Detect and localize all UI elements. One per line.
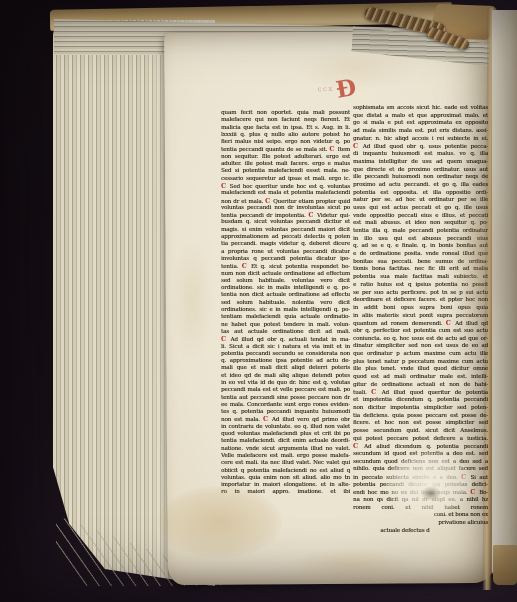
text-line: potentia peccandi secundu se considerata…: [221, 351, 350, 358]
text-line: maxima intelligitur de usu ad quem unaqu…: [353, 159, 488, 167]
text-line: cessario sequeretur ad ipsas et mali. er…: [221, 176, 350, 183]
text-line: tia peccandi. magis videtur q. deberet d…: [221, 241, 350, 248]
text-line: cere est mali. ita nec illud valet. Nec …: [221, 460, 350, 467]
text-line: posse secundum quid. sicut dicit Anselmu…: [353, 428, 488, 436]
paragraph-mark-icon: C: [353, 143, 358, 150]
text-line: sophismata sm accois sicut hic. eade est…: [353, 105, 488, 113]
folio-faded-text: ccx: [317, 85, 334, 94]
text-line: approximationem ad peccati delectis q po…: [221, 234, 350, 241]
text-line: est mali abusus. et ideo non sequitur q.…: [353, 220, 488, 228]
text-line: que directe et de proximo ordinatur. usu…: [353, 167, 488, 175]
text-line: quantum ad ronem demerendi. C Ad illud q…: [353, 320, 488, 328]
text-line: fieri malus nisi seipo. ergo non videtur…: [221, 139, 350, 146]
text-line: et impotentia dicendum q. potentia pecca…: [353, 397, 488, 405]
text-line: gitur de ordinatione actuali et non de h…: [353, 382, 488, 390]
text-line: que distat a malo et que approximat malo…: [353, 113, 488, 121]
text-line: tentia non dicit actuale ordinatione ad …: [221, 292, 350, 299]
text-line: ro in maiori appro. imatione. et ibi: [221, 489, 350, 496]
text-line: secundum quod deficiens non est a deo se…: [353, 459, 488, 467]
text-line: bonitas sua peccati. bene sumus de ordin…: [353, 259, 488, 267]
folio-rubric-icon: Ɖ: [334, 75, 358, 101]
paragraph-mark-icon: C: [470, 489, 475, 496]
facing-page-tail-edge: [493, 545, 517, 585]
text-line: di inquantu huiusmodi est malus. vo q. i…: [353, 151, 488, 159]
text-line: gnatur. n. hic aliqd accois i rei subiec…: [353, 136, 488, 144]
text-line: usus qui est actus peccati et go q. ille…: [353, 205, 488, 213]
text-line: in illo usu qui est abusus peccandi eius: [353, 236, 488, 244]
text-line: malefacere qui non faciunt neqs fierent.…: [221, 117, 350, 124]
text-line: tentia peccandi quantu de se mala sit. C…: [221, 146, 350, 153]
paragraph-mark-icon: C: [446, 320, 451, 327]
text-line: C Sed hoc queritur unde hoc est q. volun…: [221, 183, 350, 190]
text-line: q. approximatione ipsa potentie ad actu …: [221, 358, 350, 365]
text-line: Sed si potentia malefaciendi esset mala.…: [221, 168, 350, 175]
text-line: quod est ad mali ordinatur male est. int…: [353, 374, 488, 382]
text-line: potentia est opposita. et illa oppositio…: [353, 190, 488, 198]
text-line: ronem coni. et nihil habet ronem: [353, 505, 488, 513]
text-line: nihilo. quia deficere non est aliquid fa…: [353, 466, 488, 474]
text-line: potentia peccandi dicatur ipa potestas d…: [353, 482, 488, 490]
text-line: coni. et bona non ex: [353, 512, 488, 520]
text-line: a propria rone ut voluntas peccandi dica…: [221, 249, 350, 256]
text-line: e de ordinatione posita. vnde roneal ill…: [353, 251, 488, 259]
text-line: privatione alicuius: [353, 520, 488, 528]
text-line: tentiam malefaciendi quia actuale ordina…: [221, 314, 350, 321]
text-line: e ratio huius est q ipsius potentia no p…: [353, 282, 488, 290]
text-line: quam fecit non oportet. quia mali possun…: [221, 110, 350, 117]
text-line: natur per se. ad hoc ut ordinatur per se…: [353, 197, 488, 205]
text-line: malefaciendi est mala et potentia malefa…: [221, 190, 350, 197]
paragraph-mark-icon: C: [263, 416, 268, 423]
text-line: tia deficiens. quia posse peccare est po…: [353, 413, 488, 421]
text-line: q. ad se e q. e finale. q. in bonis boni…: [353, 243, 488, 251]
text-line: sed solum habituale. nolentia vero dicit…: [221, 300, 350, 307]
text-line: non dicitur impotentia simpliciter sed p…: [353, 405, 488, 413]
text-line: ille plus tenet. vnde illud quod dicitur…: [353, 366, 488, 374]
text-line: sed solum habituale. voluntas vero dicit…: [221, 278, 350, 285]
text-line: li. Sicut a dicit sic i natura et via im…: [221, 344, 350, 351]
text-line: tentia. C Et q. sicut potentia respondet…: [221, 263, 350, 270]
text-line: tentia aut peccandi sine posse peccare n…: [221, 395, 350, 402]
text-line: C Ad illud quod obr q. usus potentie pec…: [353, 143, 488, 151]
text-line: ne habet que potest tendere in mali. vol…: [221, 322, 350, 329]
text-line: deordinare et deficere facere. et ppter …: [353, 297, 488, 305]
text-line: num non dicit actuale ordinatione ad eff…: [221, 271, 350, 278]
text-line: non dr et mala. C Queritur etiam propter…: [221, 198, 350, 205]
text-line: involuntas q peccandi potentia dicatur i…: [221, 256, 350, 263]
text-column-left: quam fecit non oportet. quia mali possun…: [221, 110, 350, 504]
text-line: tuali. C Ad illud quod queritur de poten…: [353, 389, 488, 397]
text-line: vnde oppositio peccati eius e illius. et…: [353, 213, 488, 221]
text-line: peccandi mala est et velle peccare est m…: [221, 387, 350, 394]
text-line: qui potest peccare potest deficere a ius…: [353, 436, 488, 444]
text-line: quod voluntas malefaciendi plus et crit …: [221, 431, 350, 438]
paragraph-mark-icon: C: [371, 389, 376, 396]
paragraph-mark-icon: C: [221, 336, 226, 343]
text-line: natione. vnde sicut argumenta illud no v…: [221, 446, 350, 453]
text-line: in addit boni opus supra boni opus quia: [353, 305, 488, 313]
text-line: busdam q. sicut voluntas peccandi dicitu…: [221, 219, 350, 226]
book-photo: ccx Ɖ quam fecit non oportet. quia mali …: [0, 0, 517, 602]
paragraph-mark-icon: C: [221, 183, 226, 190]
text-line: voluntas. quia enim non sit aliud. alio …: [221, 475, 350, 482]
paragraph-mark-icon: C: [329, 146, 334, 153]
text-line: importatur in maiori elongatione. et in …: [221, 482, 350, 489]
text-line: se per suo actu perficere. pot tn se p s…: [353, 290, 488, 298]
folio-mark: ccx Ɖ: [297, 71, 356, 107]
text-line: go si mala e put est approximata ex oppo…: [353, 120, 488, 128]
text-line: proximo ad actu peccandi. et go q. illa …: [353, 182, 488, 190]
text-line: obr q. perfectior est potentia cum est s…: [353, 328, 488, 336]
text-line: tes q. potentia peccandi inquantu huiusm…: [221, 409, 350, 416]
text-line: ficere. et hoc non est posse simpliciter…: [353, 420, 488, 428]
text-line: in peccato subiecta similis e a deo. C S…: [353, 474, 488, 482]
text-line: C Ad aliud dicendum q. potentia peccandi: [353, 443, 488, 451]
paragraph-mark-icon: C: [265, 198, 270, 205]
text-line: ad mala similis mala est. put eris dista…: [353, 128, 488, 136]
text-line: na non qs dicit qa nil dr aliqd ee. a ni…: [353, 497, 488, 505]
text-line: malicia que facta est in ipsa. Et s. Aug…: [221, 125, 350, 132]
text-line: voluntas peccandi non dr involuntas sicu…: [221, 205, 350, 212]
text-line: [221, 497, 350, 504]
text-line: non est mala. C Ad illud vero qd primo o…: [221, 416, 350, 423]
text-line: plus tenet natur p peccatum maxime cum a…: [353, 359, 488, 367]
facing-page-sliver: [492, 10, 517, 580]
text-line: ordinatione. sic in malis intelligendi e…: [221, 285, 350, 292]
paragraph-mark-icon: C: [353, 443, 358, 450]
text-line: in contrariu de voluntate. eo q. illud n…: [221, 424, 350, 431]
text-line: adulter. ille potest mali facere. ergo e…: [221, 161, 350, 168]
text-line: mali que et mali dicit aliqd deterri pot…: [221, 365, 350, 372]
text-line: secundum id quod est potentia a deo est.…: [353, 451, 488, 459]
text-line: Velle malefacere est mali. ergo posse ma…: [221, 453, 350, 460]
text-line: tentia illa q. male peccandi potentia or…: [353, 228, 488, 236]
text-line: tionis bona factitas. nec fic illi erit …: [353, 266, 488, 274]
text-line: C Ad illud qd obr q. actuali tendat in m…: [221, 336, 350, 343]
text-line: tentia peccandi dr impotentia. C Videtur…: [221, 212, 350, 219]
text-line: in eo vel vita id de quo dr. hinc est q.…: [221, 380, 350, 387]
text-line: obiicit q potentia malefaciendi no est a…: [221, 468, 350, 475]
text-line: endi hoc mo no ex dei bona neqs mala. C …: [353, 489, 488, 497]
text-line: ee mala. Concordante sunt ergo rones evi…: [221, 402, 350, 409]
text-column-right: sophismata sm accois sicut hic. eade est…: [353, 105, 488, 536]
text-line: magis. si enim voluntas peccandi maiori …: [221, 227, 350, 234]
text-line: non sequitur. Ille potest adulterari. er…: [221, 154, 350, 161]
text-line: lxxxiii q. plus q nullo alio autore pote…: [221, 132, 350, 139]
text-line: que ordinatur p actum maxime cum actu il…: [353, 351, 488, 359]
text-line: in aliis materiis sicut ponit supra pecc…: [353, 313, 488, 321]
text-line: tas aut actuale ordinatione dicit ad mal…: [221, 329, 350, 336]
paragraph-mark-icon: C: [242, 263, 247, 270]
text-line: et ideo qd de mali aliq alique detendi p…: [221, 373, 350, 380]
text-line: coniuncta. eo q. hoc usus est de actu ad…: [353, 336, 488, 344]
paragraph-mark-icon: C: [461, 474, 466, 481]
text-line: ordinationes. sic e in malis intelligend…: [221, 307, 350, 314]
text-line: ille peccandi huiusmodi non ordinatur ne…: [353, 174, 488, 182]
paragraph-mark-icon: C: [308, 212, 313, 219]
text-line: dinatur simpliciter sed non est usus de …: [353, 343, 488, 351]
text-line: tentia malefaciendi. dicit enim actuale …: [221, 438, 350, 445]
text-line: actuale defectus d: [353, 528, 488, 536]
text-line: potentia sua male factitas mali subiecto…: [353, 274, 488, 282]
